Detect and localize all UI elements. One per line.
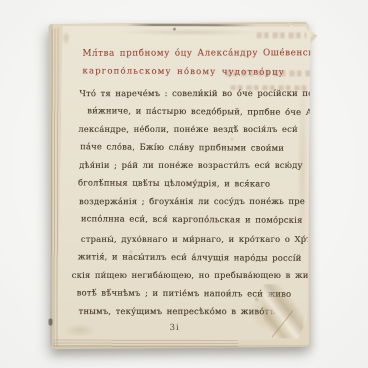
text-line: воздержа́нія ; бгоуха́нія ли сосу́дъ пон… — [79, 192, 298, 210]
text-line: житія́, и насы́тилъ еси́ а́лчущія наро́д… — [78, 247, 298, 267]
title-line: Мл́тва прпбному о́цу Алекса́ндру Оше́вен… — [82, 44, 292, 62]
text-line: дѣя́ніи ; ра́й ли поне́же возрасти́лъ ес… — [79, 156, 298, 174]
text-line: бголѣ́пныя цвѣ́ты цѣлому́дрія, и вся́каг… — [78, 173, 298, 192]
text-line: па́че сло́ва, Бжі́ю сла́ву прпбными свои… — [80, 137, 298, 157]
text-line: скія пи́щею негиба́ющею, но пребыва́ющею… — [72, 266, 298, 284]
title-line: каргопо́льскому но́вому чудотво́рцу — [82, 62, 298, 82]
text-line: страны́, духо́внаго и ми́рнаго, и кро́тк… — [81, 230, 298, 248]
page-number: 3і — [57, 323, 291, 334]
handwritten-text-block: Мл́тва прпбному о́цу Алекса́ндру Оше́вен… — [82, 45, 299, 321]
manuscript-page: Мл́тва прпбному о́цу Алекса́ндру Оше́вен… — [57, 26, 310, 341]
text-line: испо́лнна еси́, вся́ каргопо́льская и по… — [81, 209, 298, 229]
text-line: Что́ тя нарече́мъ : совели́кій во о́че р… — [79, 84, 298, 102]
ink-bleed-through — [257, 32, 307, 38]
text-line: ви́жниче, и па́стырю вседо́брый, прпбне … — [87, 101, 298, 120]
manuscript-book: Мл́тва прпбному о́цу Алекса́ндру Оше́вен… — [57, 26, 310, 341]
text-line: лекса́ндре, не́боли, поне́же вездѣ́ восі… — [78, 120, 298, 138]
photo-background: Мл́тва прпбному о́цу Алекса́ндру Оше́вен… — [0, 0, 368, 368]
curled-corner — [263, 284, 303, 338]
edge-stain-speck — [49, 319, 53, 326]
bottom-page-edges — [53, 340, 238, 349]
